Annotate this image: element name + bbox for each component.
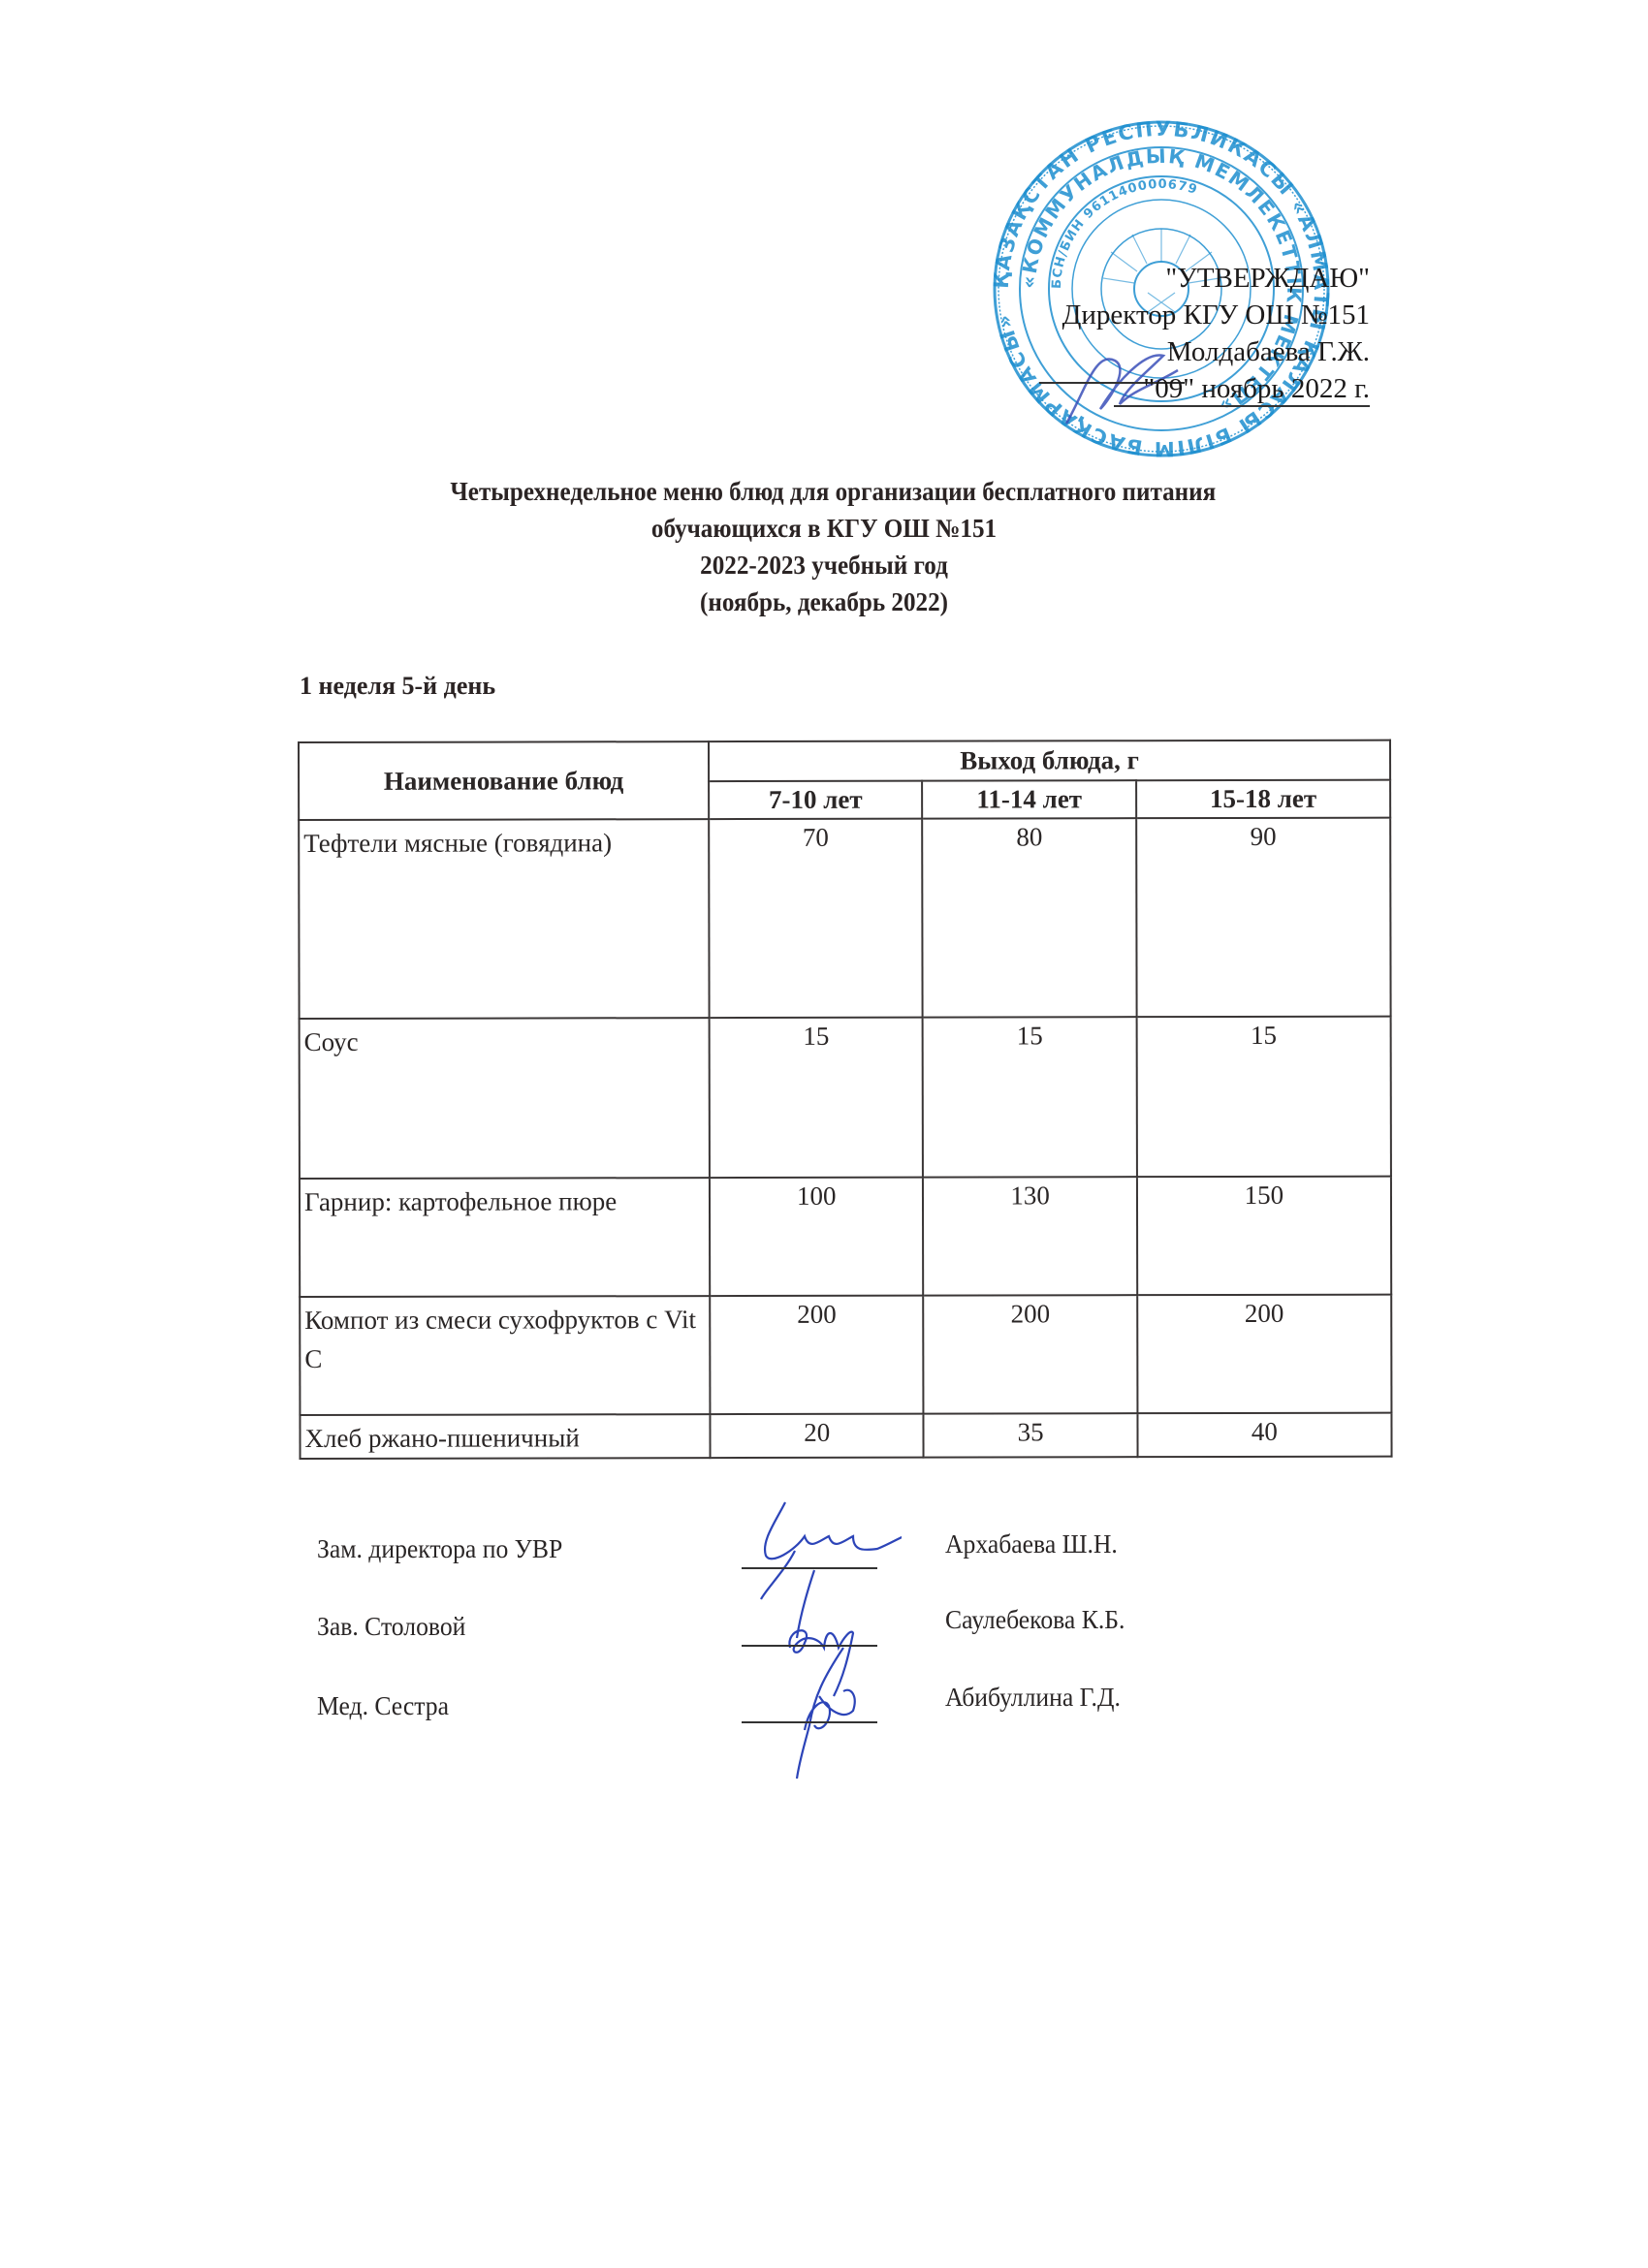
portion-value: 90 (1136, 818, 1391, 1018)
signature-role: Зам. директора по УВР (317, 1534, 562, 1564)
table-row: Компот из смеси сухофруктов с Vit C 200 … (300, 1295, 1391, 1415)
name-column-header: Наименование блюд (299, 741, 709, 820)
table-row: Тефтели мясные (говядина) 70 80 90 (299, 818, 1390, 1019)
signature-line-3 (742, 1721, 877, 1723)
portion-value: 15 (710, 1018, 924, 1178)
approval-name: Молдабаева Г.Ж. (1062, 333, 1370, 370)
signature-role: Мед. Сестра (317, 1691, 449, 1721)
portion-value: 100 (710, 1178, 924, 1296)
table-row: Гарнир: картофельное пюре 100 130 150 (300, 1177, 1391, 1297)
dish-name: Гарнир: картофельное пюре (300, 1178, 710, 1297)
age-header-15-18: 15-18 лет (1136, 780, 1390, 819)
approval-position: Директор КГУ ОШ №151 (1062, 297, 1370, 333)
title-line-3: 2022-2023 учебный год (58, 547, 1591, 583)
portion-value: 20 (710, 1414, 924, 1458)
dish-name: Тефтели мясные (говядина) (299, 819, 709, 1019)
portion-value: 70 (709, 819, 923, 1018)
portion-group-header: Выход блюда, г (709, 740, 1390, 781)
day-label: 1 неделя 5-й день (300, 672, 495, 701)
dish-name: Хлеб ржано-пшеничный (300, 1414, 710, 1459)
signature-name: Саулебекова К.Б. (945, 1605, 1125, 1635)
age-header-11-14: 11-14 лет (922, 780, 1135, 818)
title-line-2: обучающихся в КГУ ОШ №151 (58, 510, 1591, 547)
portion-value: 200 (1137, 1295, 1391, 1414)
approval-block: "УТВЕРЖДАЮ" Директор КГУ ОШ №151 Молдаба… (1062, 260, 1370, 407)
portion-value: 150 (1137, 1177, 1391, 1296)
portion-value: 15 (1136, 1017, 1391, 1178)
signature-scribble-3 (708, 1638, 902, 1783)
title-line-1: Четырехнедельное меню блюд для организац… (58, 473, 1591, 510)
portion-value: 200 (924, 1295, 1138, 1413)
dish-name: Соус (300, 1018, 710, 1179)
portion-value: 15 (923, 1017, 1137, 1177)
title-line-4: (ноябрь, декабрь 2022) (58, 583, 1591, 620)
portion-value: 130 (923, 1177, 1137, 1295)
menu-table: Наименование блюд Выход блюда, г 7-10 ле… (298, 740, 1393, 1460)
signature-name: Архабаева Ш.Н. (945, 1529, 1118, 1559)
approval-heading: "УТВЕРЖДАЮ" (1062, 260, 1370, 297)
signature-name: Абибуллина Г.Д. (945, 1683, 1121, 1713)
portion-value: 80 (923, 818, 1137, 1017)
table-row: Соус 15 15 15 (300, 1017, 1391, 1179)
signature-role: Зав. Столовой (317, 1612, 465, 1642)
age-header-7-10: 7-10 лет (709, 781, 922, 819)
portion-value: 40 (1137, 1413, 1391, 1458)
table-row: Хлеб ржано-пшеничный 20 35 40 (300, 1413, 1391, 1459)
dish-name: Компот из смеси сухофруктов с Vit C (300, 1296, 710, 1415)
portion-value: 200 (710, 1296, 924, 1414)
portion-value: 35 (924, 1413, 1138, 1457)
approval-date: "09" ноябрь 2022 г. (1114, 372, 1370, 407)
document-title: Четырехнедельное меню блюд для организац… (58, 473, 1591, 620)
